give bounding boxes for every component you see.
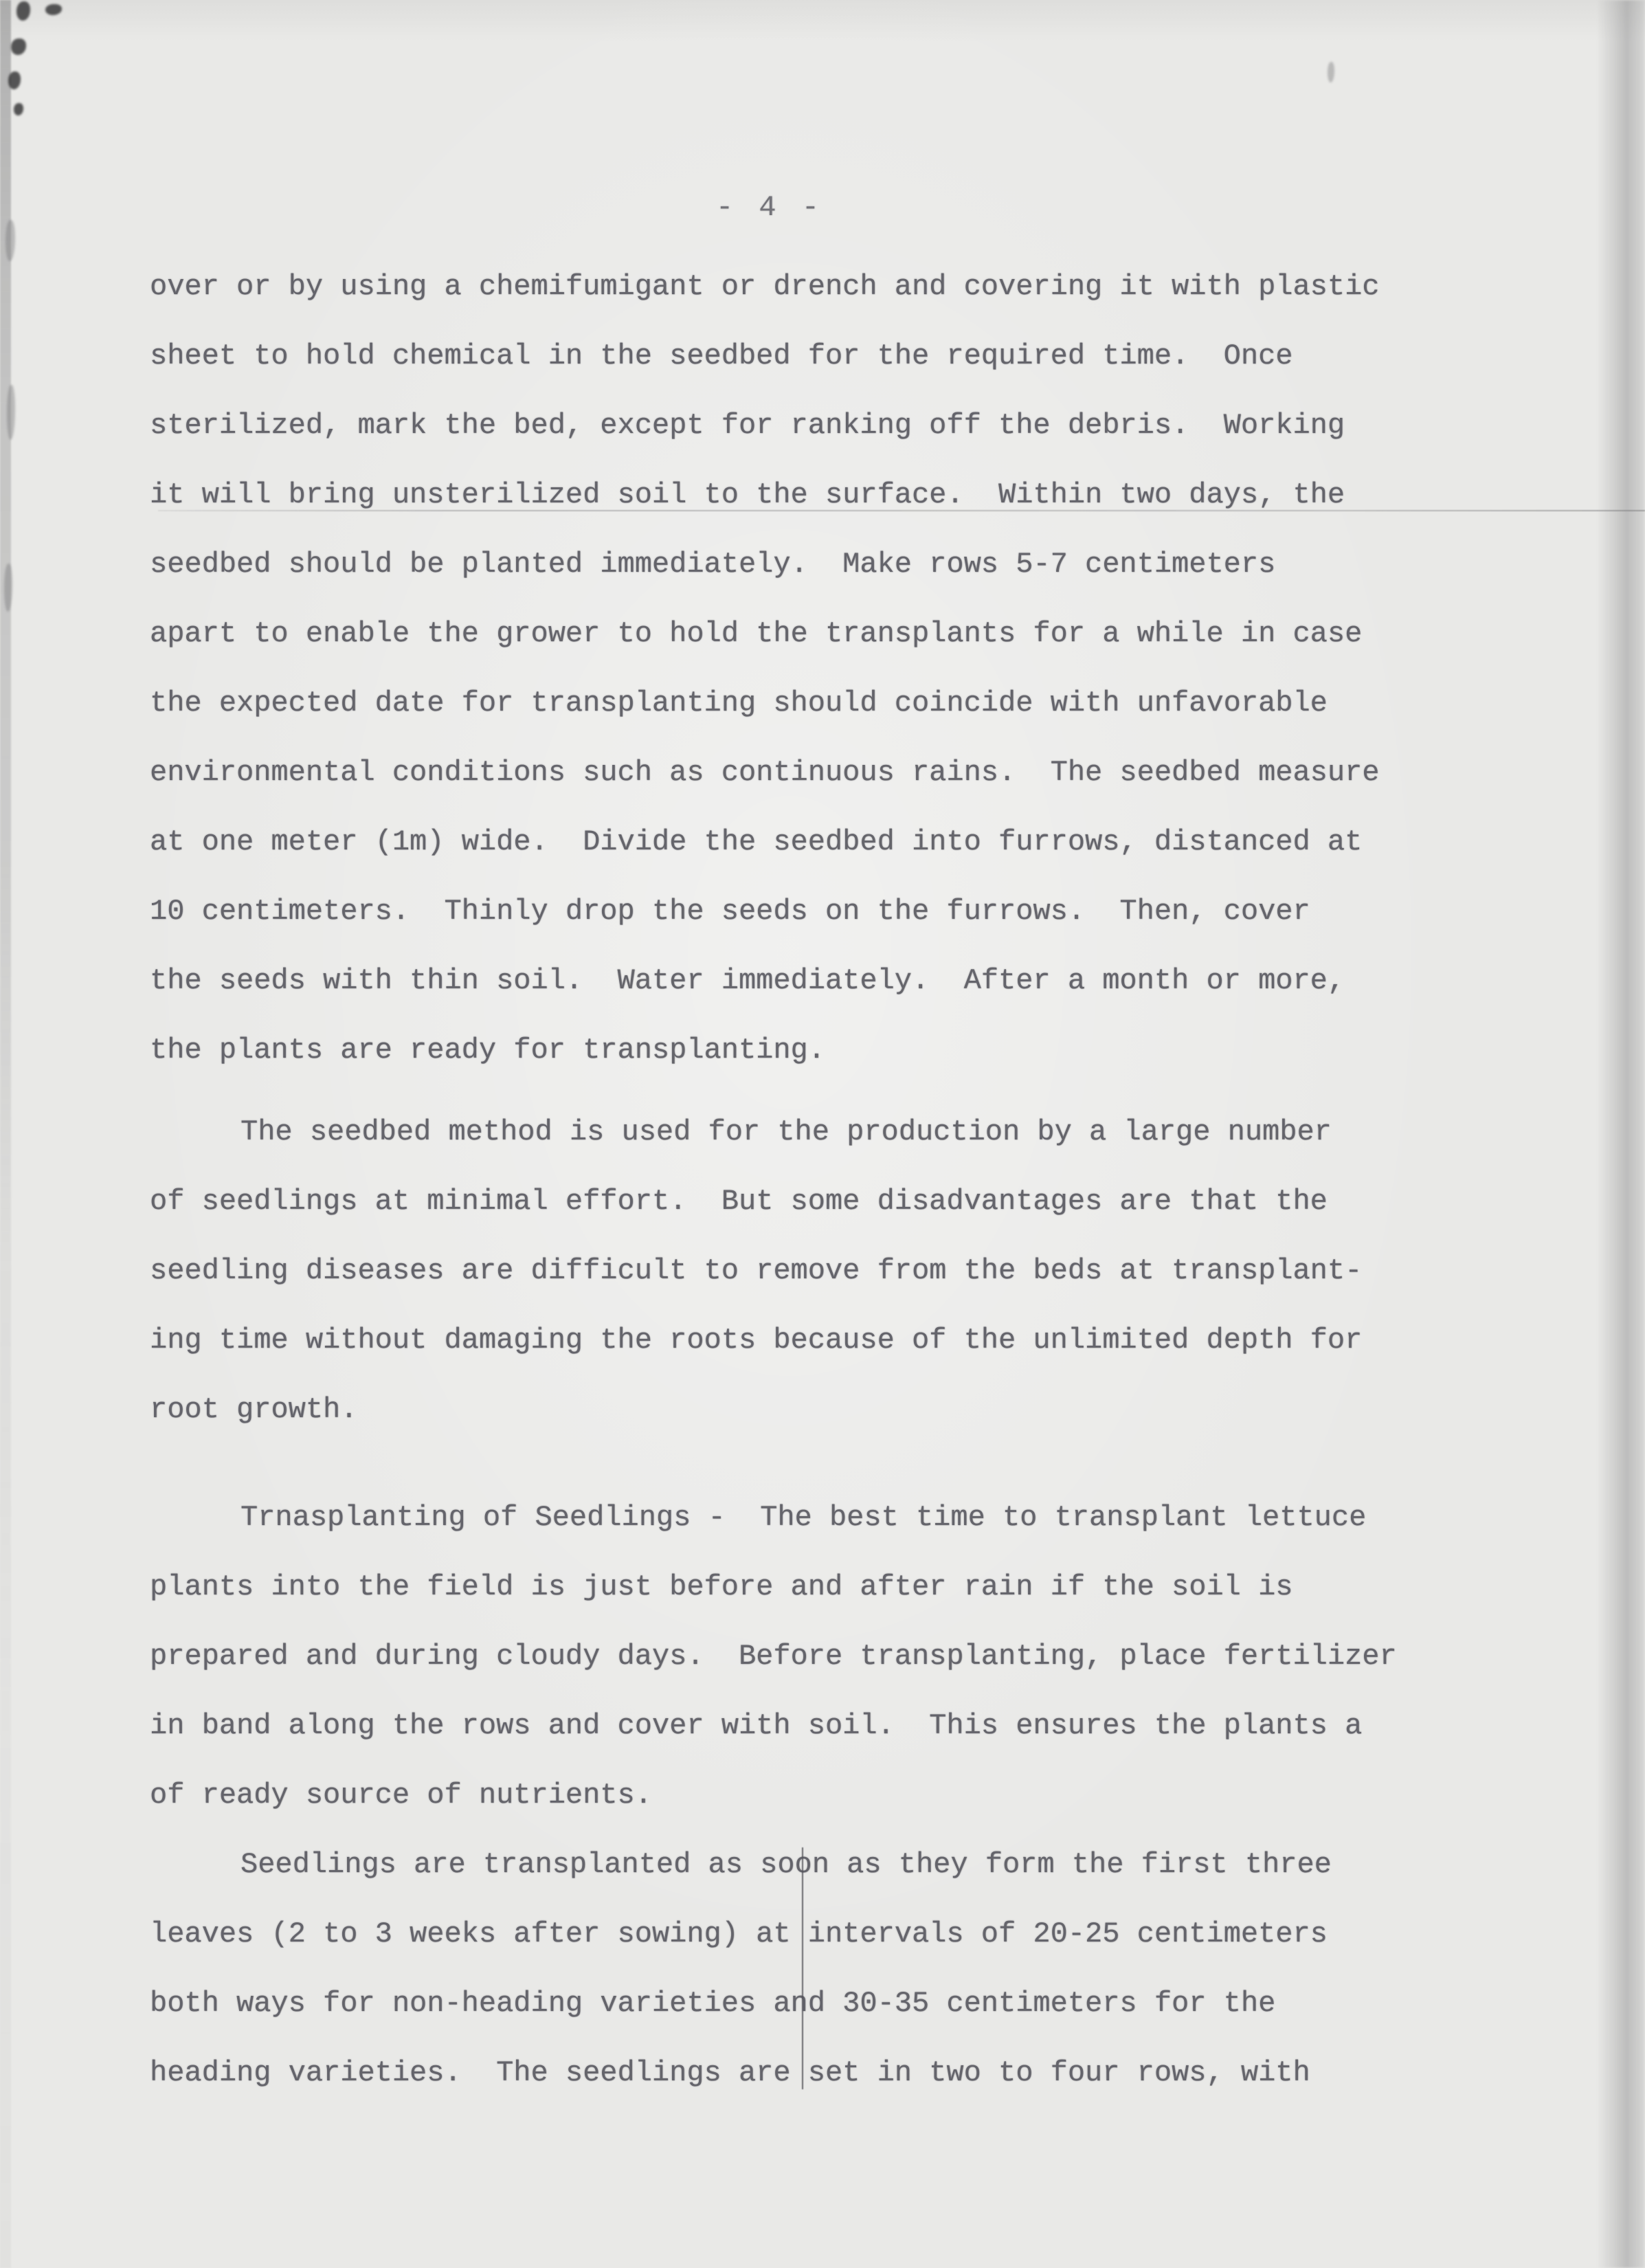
- document-line: leaves (2 to 3 weeks after sowing) at in…: [150, 1900, 1455, 1969]
- scan-speck: [8, 71, 21, 89]
- document-line: Seedlings are transplanted as soon as th…: [150, 1830, 1455, 1900]
- document-line: at one meter (1m) wide. Divide the seedb…: [150, 808, 1455, 877]
- page-number: - 4 -: [716, 191, 823, 224]
- document-line: it will bring unsterilized soil to the s…: [150, 460, 1455, 530]
- scan-speck: [4, 564, 12, 612]
- document-line: of ready source of nutrients.: [150, 1761, 1455, 1830]
- document-line: ing time without damaging the roots beca…: [150, 1306, 1455, 1375]
- document-line: over or by using a chemifumigant or dren…: [150, 252, 1455, 322]
- document-line: apart to enable the grower to hold the t…: [150, 599, 1455, 669]
- document-page: - 4 - over or by using a chemifumigant o…: [0, 0, 1645, 2268]
- document-line: Trnasplanting of Seedlings - The best ti…: [150, 1483, 1455, 1553]
- document-line: both ways for non-heading varieties and …: [150, 1969, 1455, 2038]
- document-line: sheet to hold chemical in the seedbed fo…: [150, 322, 1455, 391]
- document-line: of seedlings at minimal effort. But some…: [150, 1167, 1455, 1236]
- document-line: in band along the rows and cover with so…: [150, 1691, 1455, 1761]
- document-line: The seedbed method is used for the produ…: [150, 1098, 1455, 1167]
- paragraph: The seedbed method is used for the produ…: [150, 1098, 1455, 1445]
- scan-speck: [16, 1, 30, 21]
- document-line: plants into the field is just before and…: [150, 1553, 1455, 1622]
- scan-speck: [11, 38, 26, 55]
- scan-speck: [45, 4, 62, 15]
- document-line: sterilized, mark the bed, except for ran…: [150, 391, 1455, 460]
- document-body: over or by using a chemifumigant or dren…: [150, 252, 1455, 2108]
- paragraph: Trnasplanting of Seedlings - The best ti…: [150, 1483, 1455, 1830]
- document-line: prepared and during cloudy days. Before …: [150, 1622, 1455, 1691]
- paragraph: Seedlings are transplanted as soon as th…: [150, 1830, 1455, 2108]
- scan-fold-shadow-right: [1597, 0, 1645, 2268]
- document-line: heading varieties. The seedlings are set…: [150, 2038, 1455, 2108]
- document-line: seedbed should be planted immediately. M…: [150, 530, 1455, 599]
- scan-edge-shadow-left: [0, 0, 11, 2268]
- paragraph: over or by using a chemifumigant or dren…: [150, 252, 1455, 1085]
- document-line: the seeds with thin soil. Water immediat…: [150, 946, 1455, 1016]
- document-line: the plants are ready for transplanting.: [150, 1016, 1455, 1085]
- document-line: the expected date for transplanting shou…: [150, 669, 1455, 738]
- scan-speck: [5, 220, 15, 261]
- scan-speck: [7, 385, 15, 440]
- document-line: 10 centimeters. Thinly drop the seeds on…: [150, 877, 1455, 946]
- document-line: environmental conditions such as continu…: [150, 738, 1455, 808]
- scan-speck: [1328, 62, 1334, 82]
- document-line: root growth.: [150, 1375, 1455, 1445]
- scan-speck: [14, 103, 23, 115]
- document-line: seedling diseases are difficult to remov…: [150, 1236, 1455, 1306]
